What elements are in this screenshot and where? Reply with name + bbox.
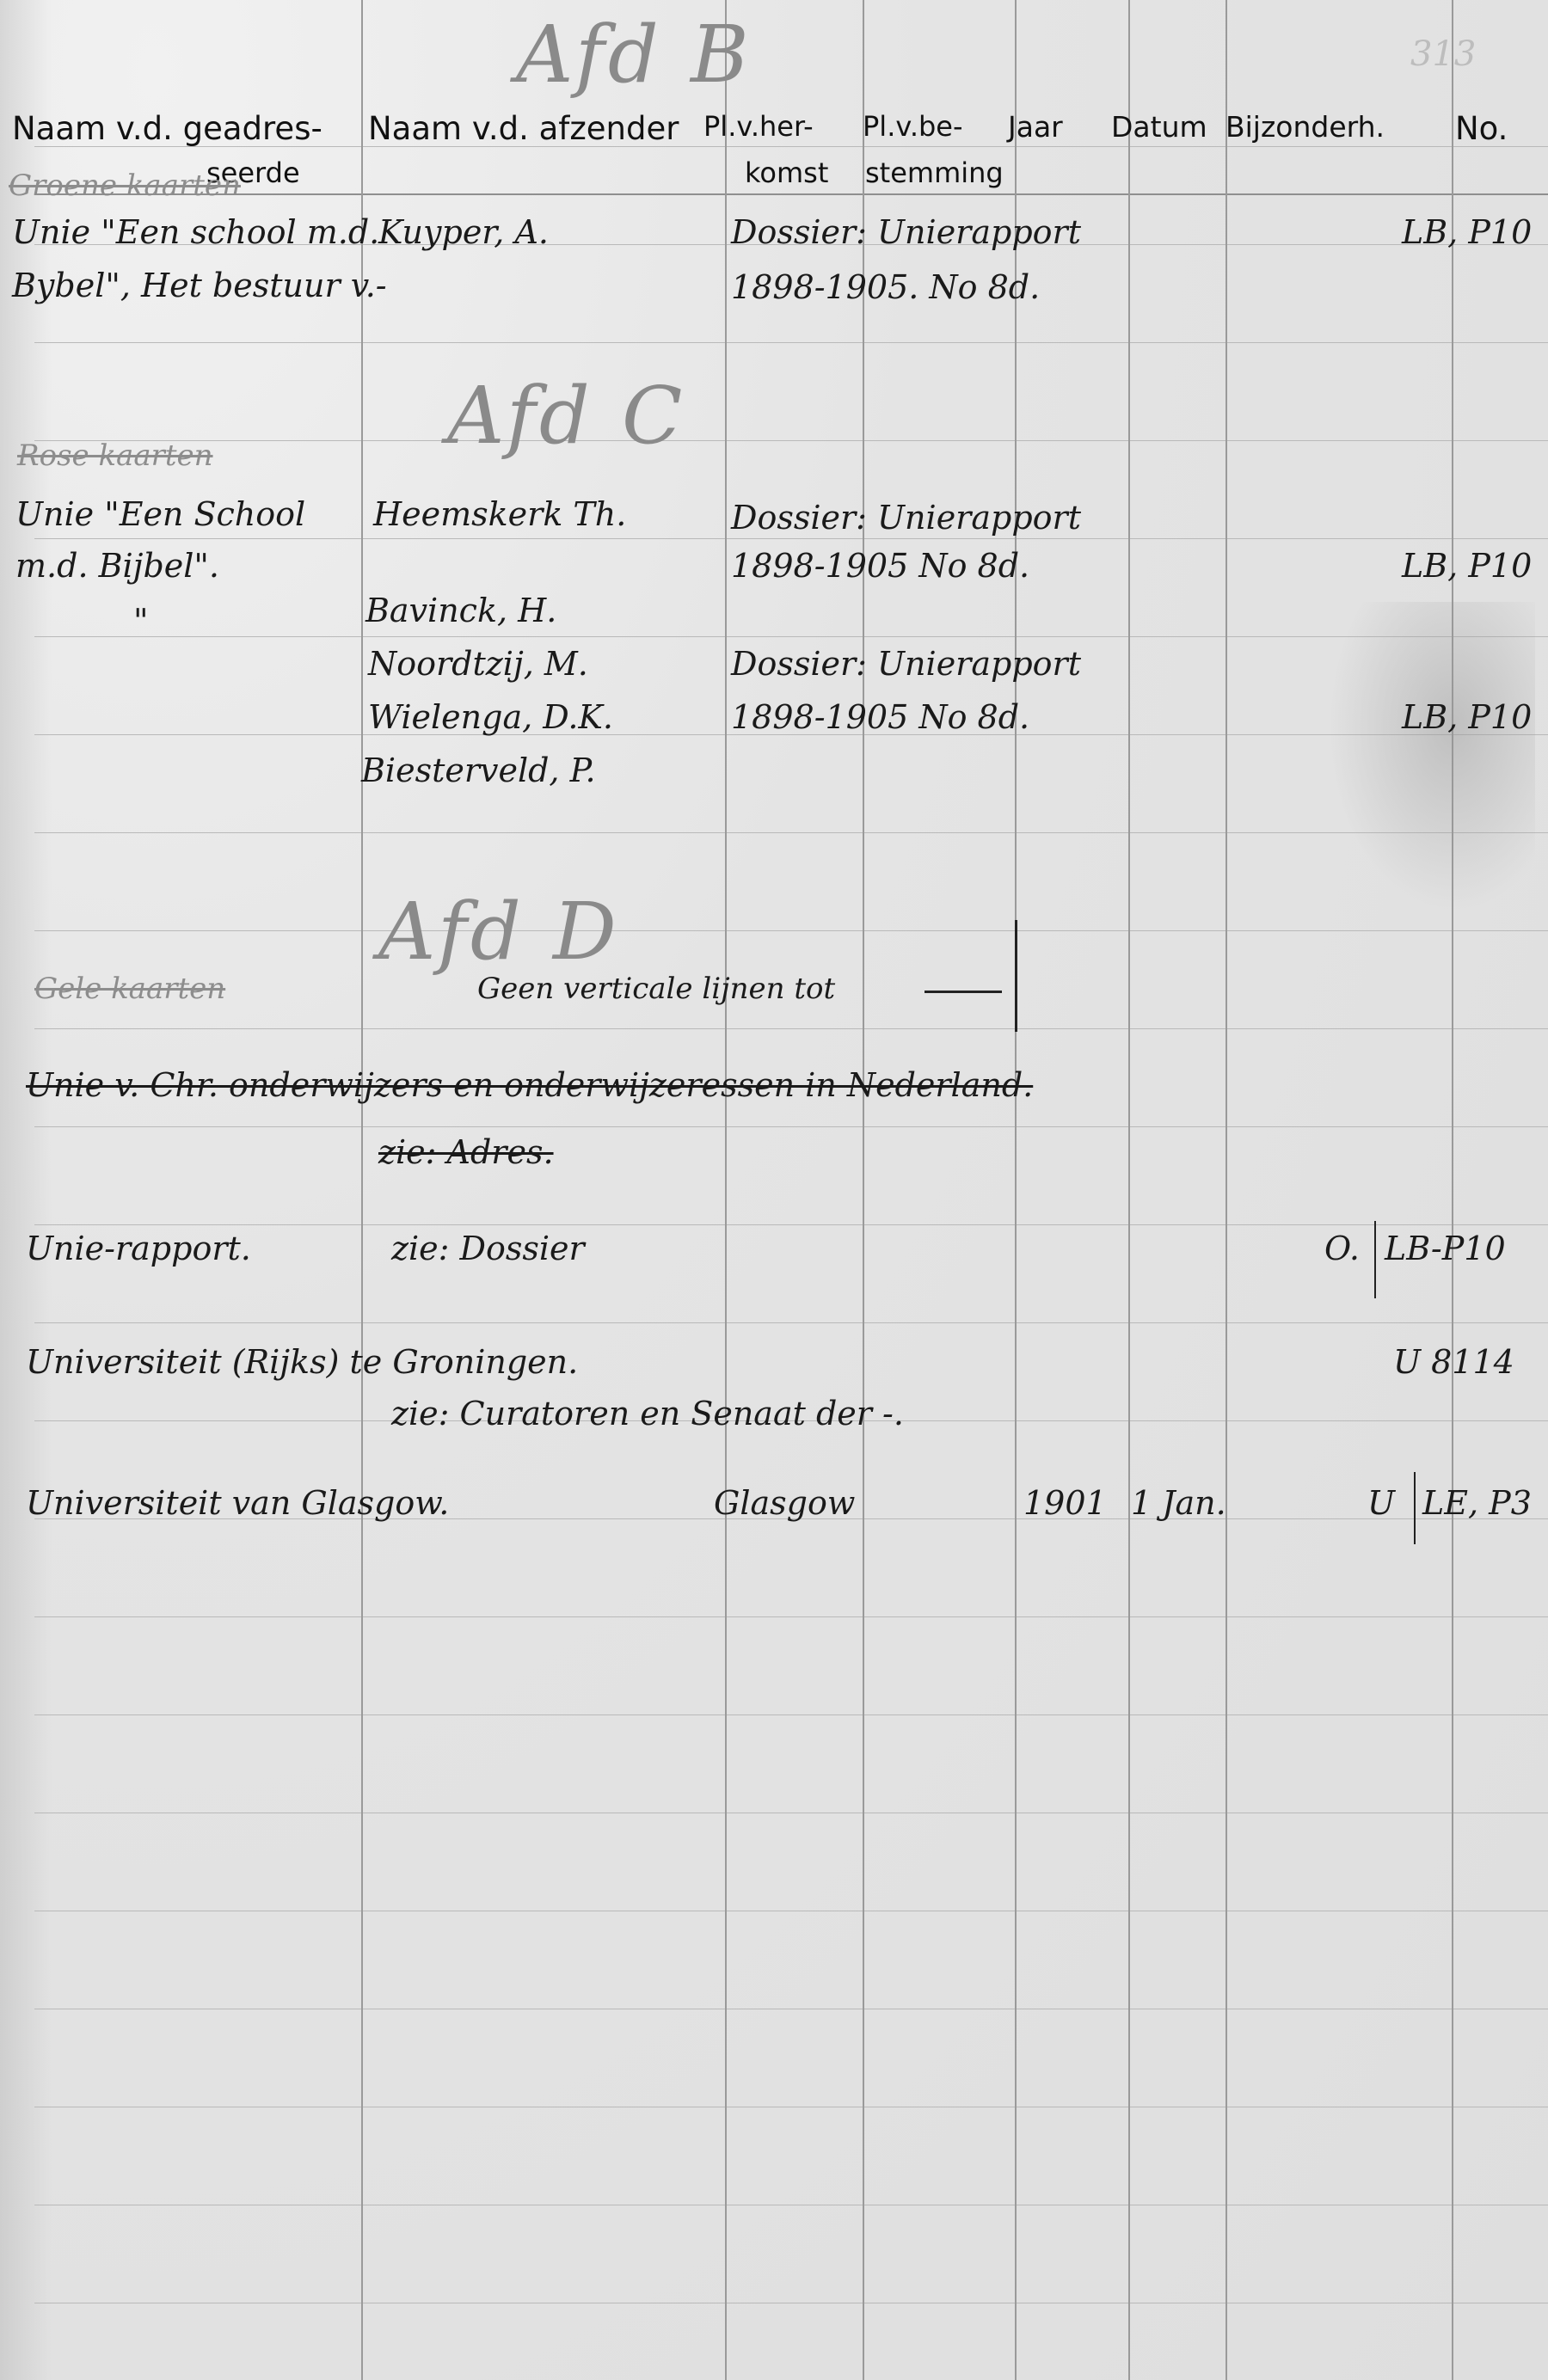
column-divider [1015, 0, 1017, 2380]
entry-destination: 1898-1905 No 8d. [731, 547, 1029, 585]
section-note: Geen verticale lijnen tot [477, 972, 835, 1006]
ruled-line [34, 1126, 1548, 1127]
entry-destination: 1898-1905 No 8d. [731, 698, 1029, 736]
ruled-line [34, 1028, 1548, 1029]
header-number: No. [1455, 110, 1508, 147]
entry-sender: zie: Dossier [391, 1230, 585, 1267]
header-particulars: Bijzonderh. [1225, 110, 1385, 144]
entry-sender: Heemskerk Th. [373, 495, 626, 533]
entry-number: LE, P3 [1422, 1484, 1532, 1522]
ruled-line [34, 1224, 1548, 1225]
column-divider [725, 0, 727, 2380]
ruled-line [34, 832, 1548, 833]
entry-sender: Noordtzij, M. [368, 645, 588, 683]
entry-addressee: Unie "Een school m.d. [12, 213, 379, 251]
entry-addressee: Bybel", Het bestuur v.- [12, 267, 387, 304]
entry-addressee: Universiteit (Rijks) te Groningen. [26, 1343, 578, 1381]
entry-number: LB-P10 [1385, 1230, 1506, 1267]
entry-number: LB, P10 [1402, 213, 1532, 251]
card-color-label: Rose kaarten [17, 439, 213, 473]
header-sender: Naam v.d. afzender [368, 110, 679, 147]
section-label-afd-b: Afd B [516, 9, 752, 101]
column-divider [361, 0, 363, 2380]
entry-number: U 8114 [1393, 1343, 1514, 1381]
column-divider [1128, 0, 1130, 2380]
ruled-line [34, 2107, 1548, 2107]
marker-bar [1015, 920, 1017, 1032]
column-divider [1452, 0, 1453, 2380]
header-addressee: Naam v.d. geadres- [12, 110, 322, 147]
ruled-line [34, 930, 1548, 931]
ruled-line [34, 1616, 1548, 1617]
entry-destination: 1898-1905. No 8d. [731, 268, 1040, 306]
entry-sender: Bavinck, H. [365, 592, 556, 629]
header-destination: Pl.v.be- [863, 110, 963, 143]
entry-number: LB, P10 [1402, 547, 1532, 585]
header-origin: Pl.v.her- [703, 110, 814, 143]
entry-sender: zie: Curatoren en Senaat der -. [391, 1395, 904, 1432]
header-origin-cont: komst [745, 156, 828, 189]
ruled-line [34, 538, 1548, 539]
card-color-label: Groene kaarten [9, 169, 241, 203]
ruled-line [34, 1813, 1548, 1813]
header-date: Datum [1111, 110, 1207, 144]
column-divider [863, 0, 864, 2380]
entry-destination: Dossier: Unierapport [731, 499, 1081, 537]
header-year: Jaar [1008, 110, 1063, 144]
ruled-line [34, 2205, 1548, 2205]
arrow-icon [924, 991, 1002, 993]
ruled-line [34, 1322, 1548, 1323]
entry-origin: Glasgow [714, 1484, 855, 1522]
entry-sender: zie: Adres. [378, 1133, 554, 1171]
section-label-afd-d: Afd D [378, 886, 620, 978]
ruled-line [34, 2303, 1548, 2303]
ditto-mark: " [133, 602, 148, 640]
entry-particulars: U [1367, 1484, 1395, 1522]
ruled-line [34, 342, 1548, 343]
paper-smudge [1329, 602, 1535, 911]
entry-addressee: Universiteit van Glasgow. [26, 1484, 449, 1522]
ledger-page: 313 Naam v.d. geadres- seerde Naam v.d. … [0, 0, 1548, 2380]
entry-destination: Dossier: Unierapport [731, 645, 1081, 683]
entry-year: 1901 [1023, 1484, 1107, 1522]
section-label-afd-c: Afd C [447, 370, 685, 462]
separator-bar [1414, 1472, 1416, 1544]
entry-addressee: m.d. Bijbel". [15, 547, 219, 585]
entry-sender: Wielenga, D.K. [368, 698, 613, 736]
page-marker: 313 [1410, 34, 1476, 74]
card-color-label: Gele kaarten [34, 972, 225, 1006]
header-destination-cont: stemming [865, 156, 1004, 189]
page-edge-shadow [0, 0, 52, 2380]
entry-sender: Biesterveld, P. [361, 751, 596, 789]
ruled-line [34, 1714, 1548, 1715]
entry-date: 1 Jan. [1131, 1484, 1226, 1522]
ruled-line [34, 1911, 1548, 1911]
separator-bar [1374, 1221, 1376, 1298]
entry-addressee: Unie "Een School [15, 495, 305, 533]
header-rule [34, 193, 1548, 195]
ruled-line [34, 636, 1548, 637]
entry-number: LB, P10 [1402, 698, 1532, 736]
column-divider [1225, 0, 1227, 2380]
entry-destination: Dossier: Unierapport [731, 213, 1081, 251]
entry-addressee: Unie-rapport. [26, 1230, 251, 1267]
ruled-line [34, 440, 1548, 441]
entry-addressee: Unie v. Chr. onderwijzers en onderwijzer… [26, 1066, 1033, 1104]
entry-sender: Kuyper, A. [378, 213, 549, 251]
entry-particulars: O. [1324, 1230, 1360, 1267]
ruled-line [34, 2009, 1548, 2009]
